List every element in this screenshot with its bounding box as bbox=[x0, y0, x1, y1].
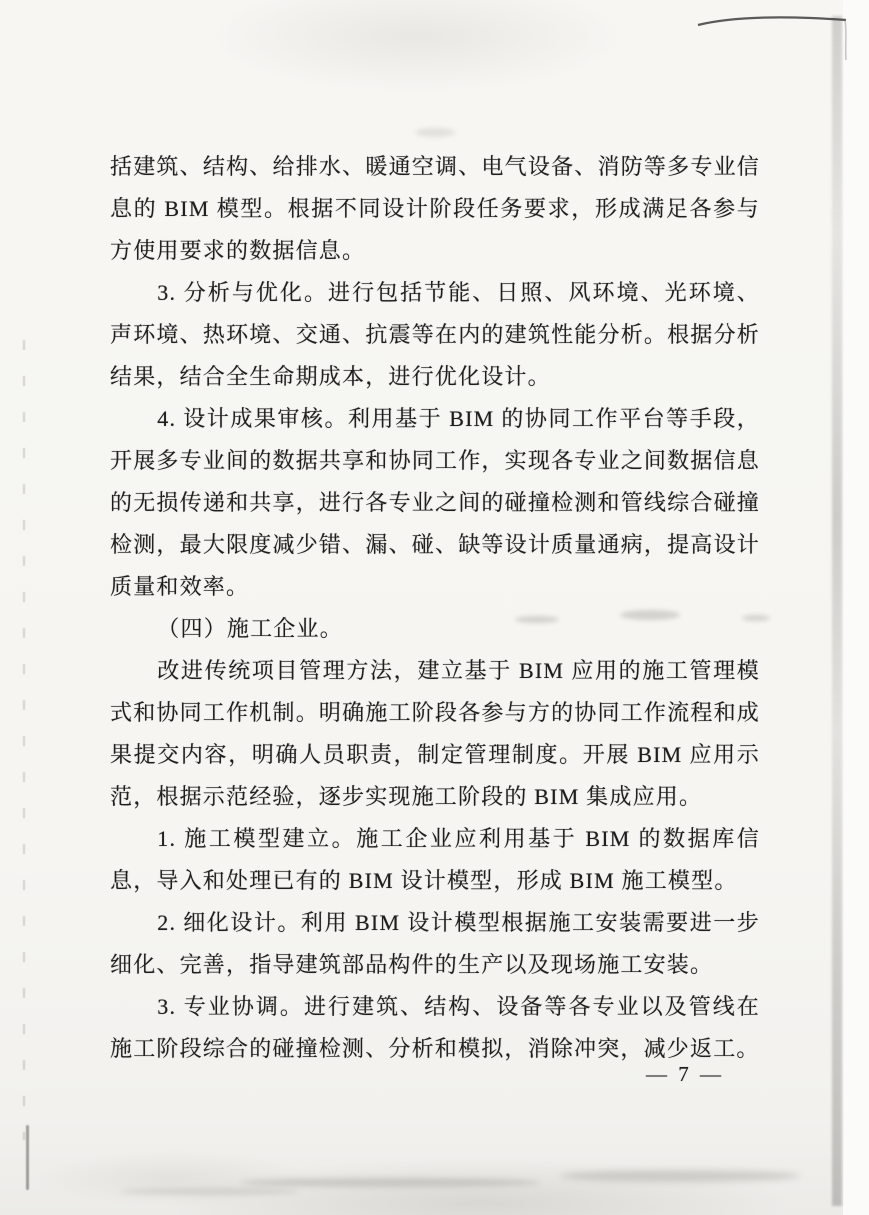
paragraph-item-3-analysis: 3. 分析与优化。进行包括节能、日照、风环境、光环境、声环境、热环境、交通、抗震… bbox=[110, 272, 760, 398]
paragraph-item-2-detailed-design: 2. 细化设计。利用 BIM 设计模型根据施工安装需要进一步细化、完善，指导建筑… bbox=[110, 902, 760, 986]
scan-edge-streak bbox=[832, 16, 842, 1206]
bleedthrough-smudge bbox=[560, 1170, 800, 1182]
scanned-document-page: 括建筑、结构、给排水、暖通空调、电气设备、消防等多专业信息的 BIM 模型。根据… bbox=[0, 0, 869, 1215]
section-heading-construction-enterprises: （四）施工企业。 bbox=[110, 608, 760, 650]
paragraph-item-1-construction-model: 1. 施工模型建立。施工企业应利用基于 BIM 的数据库信息，导入和处理已有的 … bbox=[110, 818, 760, 902]
paragraph-item-4-design-review: 4. 设计成果审核。利用基于 BIM 的协同工作平台等手段，开展多专业间的数据共… bbox=[110, 398, 760, 608]
paragraph-continuation: 括建筑、结构、给排水、暖通空调、电气设备、消防等多专业信息的 BIM 模型。根据… bbox=[110, 146, 760, 272]
document-body: 括建筑、结构、给排水、暖通空调、电气设备、消防等多专业信息的 BIM 模型。根据… bbox=[110, 146, 760, 1070]
page-number: — 7 — bbox=[646, 1062, 776, 1087]
bleedthrough-smudge bbox=[120, 1188, 300, 1195]
bleedthrough-smudge bbox=[240, 1178, 540, 1187]
scan-left-mark bbox=[26, 1125, 29, 1190]
paragraph-item-3-discipline-coordination: 3. 专业协调。进行建筑、结构、设备等各专业以及管线在施工阶段综合的碰撞检测、分… bbox=[110, 986, 760, 1070]
scan-left-fold-line bbox=[23, 340, 25, 1140]
scan-edge-light-strip bbox=[843, 0, 869, 1215]
bleedthrough-smudge bbox=[415, 128, 455, 137]
paragraph-construction-intro: 改进传统项目管理方法，建立基于 BIM 应用的施工管理模式和协同工作机制。明确施… bbox=[110, 650, 760, 818]
scan-page-edge-line bbox=[0, 0, 869, 60]
